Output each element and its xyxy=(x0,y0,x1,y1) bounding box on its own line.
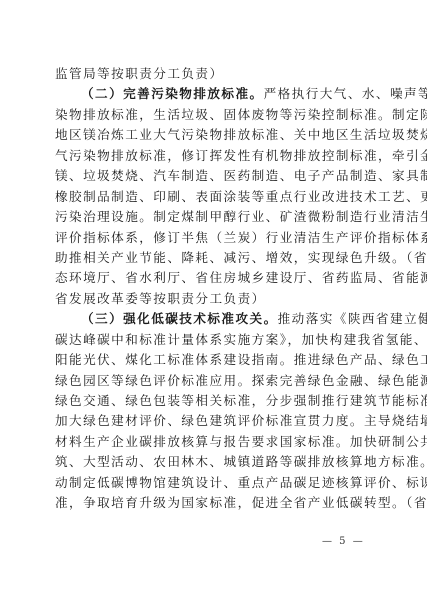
text-line: 态环境厅、省水利厅、省住房城乡建设厅、省药监局、省能源局、 xyxy=(55,268,373,288)
line-text: 助推相关产业节能、降耗、减污、增效，实现绿色升级。（省生 xyxy=(55,250,427,265)
line-text: 镁、垃圾焚烧、汽车制造、医药制造、电子产品制造、家具制造、 xyxy=(55,168,427,183)
text-line: 橡胶制品制造、印刷、表面涂装等重点行业改进技术工艺、更新 xyxy=(55,187,373,207)
text-line: 评价指标体系，修订半焦（兰炭）行业清洁生产评价指标体系， xyxy=(55,228,373,248)
line-text: 绿色园区等绿色评价标准应用。探索完善绿色金融、绿色能源、 xyxy=(55,373,427,388)
line-text: 污染治理设施。制定煤制甲醇行业、矿渣微粉制造行业清洁生产 xyxy=(55,209,427,224)
text-line: 污染治理设施。制定煤制甲醇行业、矿渣微粉制造行业清洁生产 xyxy=(55,207,373,227)
line-text: 碳达峰碳中和标准计量体系实施方案》，加快构建我省氢能、太 xyxy=(55,332,427,347)
line-text: 橡胶制品制造、印刷、表面涂装等重点行业改进技术工艺、更新 xyxy=(55,189,427,204)
section-heading-line: （二）完善污染物排放标准。严格执行大气、水、噪声等污 xyxy=(55,84,373,104)
line-text: 监管局等按职责分工负责） xyxy=(55,66,224,81)
line-text: 阳能光伏、煤化工标准体系建设指南。推进绿色产品、绿色工厂、 xyxy=(55,352,427,367)
text-line: 镁、垃圾焚烧、汽车制造、医药制造、电子产品制造、家具制造、 xyxy=(55,166,373,186)
body-text: 监管局等按职责分工负责） （二）完善污染物排放标准。严格执行大气、水、噪声等污 … xyxy=(55,64,373,514)
text-line: 筑、大型活动、农田林木、城镇道路等碳排放核算地方标准。推 xyxy=(55,452,373,472)
text-line: 准，争取培育升级为国家标准，促进全省产业低碳转型。（省发 xyxy=(55,493,373,513)
line-text: 准，争取培育升级为国家标准，促进全省产业低碳转型。（省发 xyxy=(55,495,427,510)
line-text: 态环境厅、省水利厅、省住房城乡建设厅、省药监局、省能源局、 xyxy=(55,270,427,285)
text-line: 绿色园区等绿色评价标准应用。探索完善绿色金融、绿色能源、 xyxy=(55,371,373,391)
line-text: 加大绿色建材评价、绿色建筑评价标准宣贯力度。主导烧结墙体 xyxy=(55,413,427,428)
line-text: 地区镁冶炼工业大气污染物排放标准、关中地区生活垃圾焚烧大 xyxy=(55,127,427,142)
text-line: 助推相关产业节能、降耗、减污、增效，实现绿色升级。（省生 xyxy=(55,248,373,268)
section-heading: （三）强化低碳技术标准攻关。 xyxy=(81,311,278,326)
line-text: 筑、大型活动、农田林木、城镇道路等碳排放核算地方标准。推 xyxy=(55,454,427,469)
line-text: 气污染物排放标准，修订挥发性有机物排放控制标准，牵引金属 xyxy=(55,148,427,163)
line-text: 省发展改革委等按职责分工负责） xyxy=(55,291,266,306)
text-line: 阳能光伏、煤化工标准体系建设指南。推进绿色产品、绿色工厂、 xyxy=(55,350,373,370)
text-line: 材料生产企业碳排放核算与报告要求国家标准。加快研制公共建 xyxy=(55,432,373,452)
text-line: 染物排放标准，生活垃圾、固体废物等污染控制标准。制定陕北 xyxy=(55,105,373,125)
text-line: 地区镁冶炼工业大气污染物排放标准、关中地区生活垃圾焚烧大 xyxy=(55,125,373,145)
page-number: — 5 — xyxy=(322,536,365,547)
line-text: 材料生产企业碳排放核算与报告要求国家标准。加快研制公共建 xyxy=(55,434,427,449)
text-line: 监管局等按职责分工负责） xyxy=(55,64,373,84)
line-text: 染物排放标准，生活垃圾、固体废物等污染控制标准。制定陕北 xyxy=(55,107,427,122)
text-line: 加大绿色建材评价、绿色建筑评价标准宣贯力度。主导烧结墙体 xyxy=(55,411,373,431)
text-line: 气污染物排放标准，修订挥发性有机物排放控制标准，牵引金属 xyxy=(55,146,373,166)
line-text: 推动落实《陕西省建立健全 xyxy=(278,311,427,326)
section-heading: （二）完善污染物排放标准。 xyxy=(81,86,264,101)
line-text: 评价指标体系，修订半焦（兰炭）行业清洁生产评价指标体系， xyxy=(55,230,427,245)
text-line: 碳达峰碳中和标准计量体系实施方案》，加快构建我省氢能、太 xyxy=(55,330,373,350)
document-page: 监管局等按职责分工负责） （二）完善污染物排放标准。严格执行大气、水、噪声等污 … xyxy=(0,0,427,604)
text-line: 动制定低碳博物馆建筑设计、重点产品碳足迹核算评价、标识标 xyxy=(55,473,373,493)
line-text: 动制定低碳博物馆建筑设计、重点产品碳足迹核算评价、标识标 xyxy=(55,475,427,490)
text-line: 绿色交通、绿色包装等相关标准，分步强制推行建筑节能标准， xyxy=(55,391,373,411)
line-text: 绿色交通、绿色包装等相关标准，分步强制推行建筑节能标准， xyxy=(55,393,427,408)
text-line: 省发展改革委等按职责分工负责） xyxy=(55,289,373,309)
section-heading-line: （三）强化低碳技术标准攻关。推动落实《陕西省建立健全 xyxy=(55,309,373,329)
line-text: 严格执行大气、水、噪声等污 xyxy=(264,86,427,101)
